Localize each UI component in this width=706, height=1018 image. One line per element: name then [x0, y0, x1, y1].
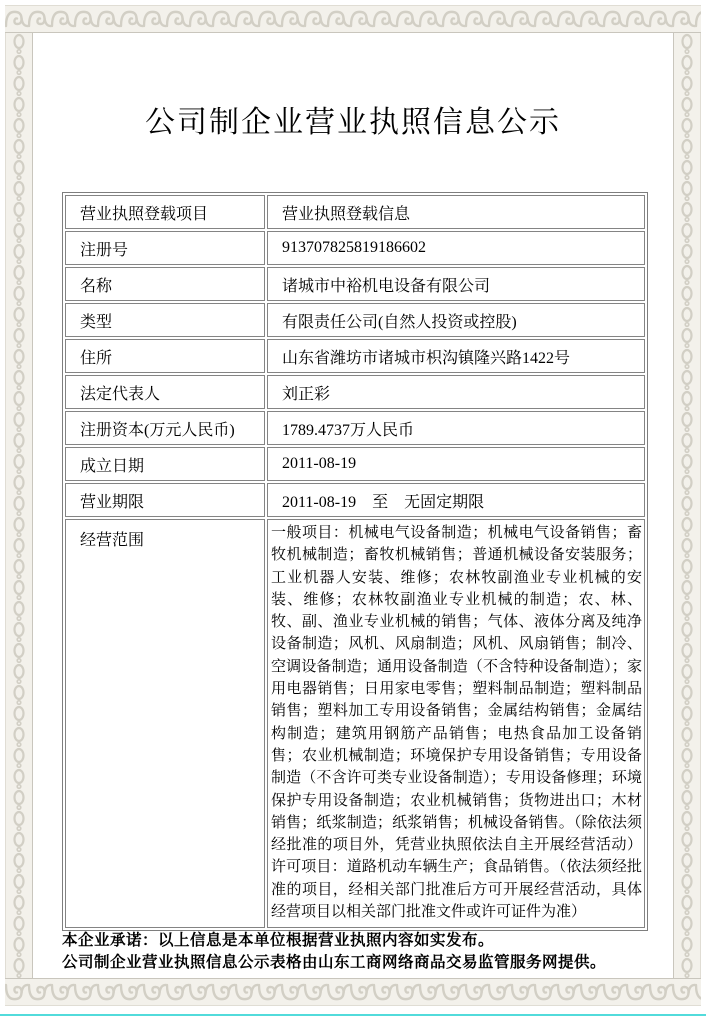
row-value: 913707825819186602 [267, 231, 645, 265]
row-label: 注册号 [65, 231, 265, 265]
table-row-est-date: 成立日期 2011-08-19 [65, 447, 645, 481]
frame-border-right [673, 33, 701, 978]
row-value: 山东省潍坊市诸城市枳沟镇隆兴路1422号 [267, 339, 645, 373]
row-label: 住所 [65, 339, 265, 373]
table-row-name: 名称 诸城市中裕机电设备有限公司 [65, 267, 645, 301]
row-label: 类型 [65, 303, 265, 337]
footer-line-1: 本企业承诺：以上信息是本单位根据营业执照内容如实发布。 [62, 931, 662, 951]
row-value: 刘正彩 [267, 375, 645, 409]
row-value: 2011-08-19 至 无固定期限 [267, 483, 645, 517]
frame-border-left [5, 33, 33, 978]
row-value: 一般项目：机械电气设备制造；机械电气设备销售；畜牧机械制造；畜牧机械销售；普通机… [267, 519, 645, 928]
footer-notes: 本企业承诺：以上信息是本单位根据营业执照内容如实发布。 公司制企业营业执照信息公… [62, 931, 662, 975]
row-label: 名称 [65, 267, 265, 301]
table-row-term: 营业期限 2011-08-19 至 无固定期限 [65, 483, 645, 517]
table-row-regno: 注册号 913707825819186602 [65, 231, 645, 265]
row-label: 法定代表人 [65, 375, 265, 409]
license-disclosure-page: 公司制企业营业执照信息公示 营业执照登载项目 营业执照登载信息 注册号 9137… [0, 0, 706, 1018]
row-label: 成立日期 [65, 447, 265, 481]
frame-border-bottom [5, 978, 701, 1006]
bottom-accent-line [0, 1014, 706, 1016]
row-value: 营业执照登载信息 [267, 195, 645, 229]
table-row-capital: 注册资本(万元人民币) 1789.4737万人民币 [65, 411, 645, 445]
row-value: 诸城市中裕机电设备有限公司 [267, 267, 645, 301]
table-row-type: 类型 有限责任公司(自然人投资或控股) [65, 303, 645, 337]
row-value: 1789.4737万人民币 [267, 411, 645, 445]
row-label: 经营范围 [65, 519, 265, 928]
table-row-header: 营业执照登载项目 营业执照登载信息 [65, 195, 645, 229]
footer-line-2: 公司制企业营业执照信息公示表格由山东工商网络商品交易监管服务网提供。 [62, 953, 662, 973]
row-value: 有限责任公司(自然人投资或控股) [267, 303, 645, 337]
table-row-business-scope: 经营范围 一般项目：机械电气设备制造；机械电气设备销售；畜牧机械制造；畜牧机械销… [65, 519, 645, 928]
table-row-address: 住所 山东省潍坊市诸城市枳沟镇隆兴路1422号 [65, 339, 645, 373]
table-row-legal-rep: 法定代表人 刘正彩 [65, 375, 645, 409]
row-label: 营业执照登载项目 [65, 195, 265, 229]
row-label: 营业期限 [65, 483, 265, 517]
page-title: 公司制企业营业执照信息公示 [0, 97, 706, 141]
license-info-table: 营业执照登载项目 营业执照登载信息 注册号 913707825819186602… [62, 192, 648, 931]
row-label: 注册资本(万元人民币) [65, 411, 265, 445]
row-value: 2011-08-19 [267, 447, 645, 481]
frame-border-top [5, 5, 701, 33]
